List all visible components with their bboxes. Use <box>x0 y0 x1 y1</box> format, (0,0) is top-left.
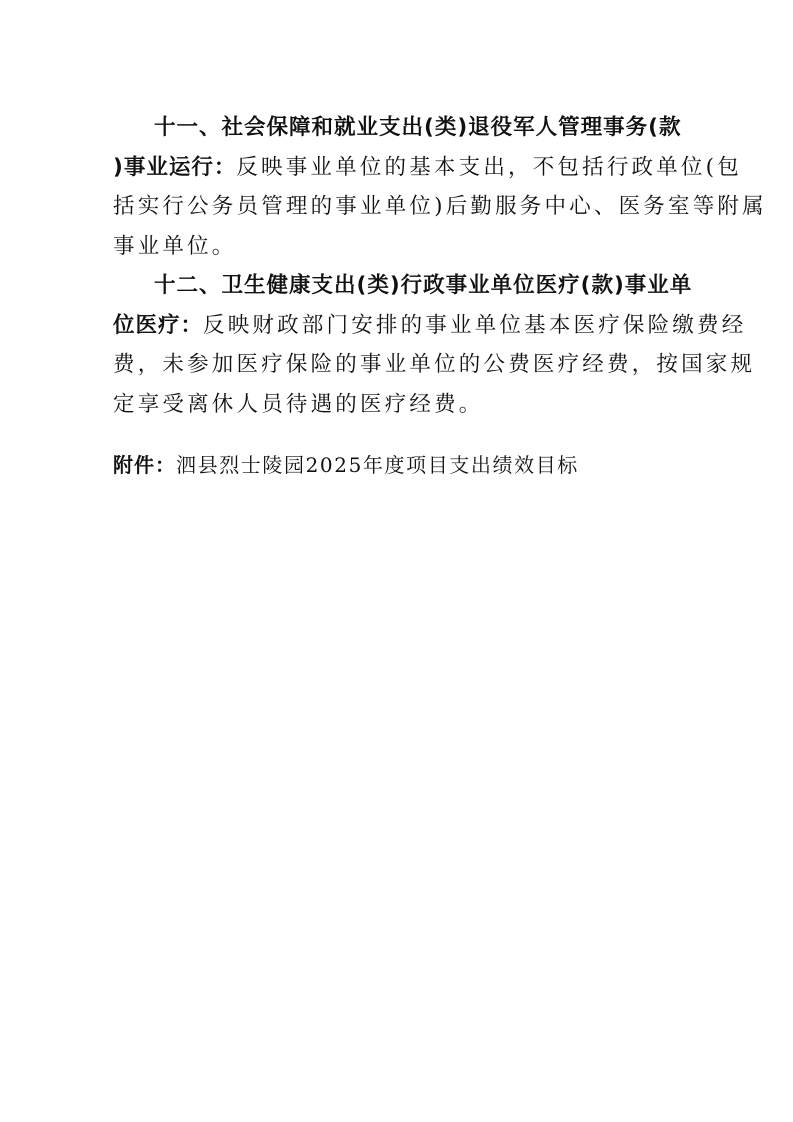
section-12-line-2: 位医疗：反映财政部门安排的事业单位基本医疗保险缴费经 <box>113 306 668 346</box>
section-11-heading: 十一、社会保障和就业支出(类)退役军人管理事务(款 <box>113 108 668 148</box>
attachment-label: 附件： <box>113 453 176 477</box>
section-12-line-3: 费，未参加医疗保险的事业单位的公费医疗经费，按国家规 <box>113 345 668 385</box>
section-12-heading: 十二、卫生健康支出(类)行政事业单位医疗(款)事业单 <box>113 266 668 306</box>
section-12-text: 反映财政部门安排的事业单位基本医疗保险缴费经 <box>203 313 746 338</box>
section-12: 十二、卫生健康支出(类)行政事业单位医疗(款)事业单 位医疗：反映财政部门安排的… <box>113 266 668 424</box>
section-11: 十一、社会保障和就业支出(类)退役军人管理事务(款 )事业运行：反映事业单位的基… <box>113 108 668 266</box>
section-12-title-end: 位医疗： <box>113 313 203 338</box>
section-12-line-4: 定享受离休人员待遇的医疗经费。 <box>113 385 668 425</box>
section-11-text: 事业单位。 <box>113 234 237 259</box>
section-12-text: 费，未参加医疗保险的事业单位的公费医疗经费，按国家规 <box>113 352 755 377</box>
attachment-text: 泗县烈士陵园2025年度项目支出绩效目标 <box>176 453 579 477</box>
section-11-line-2: )事业运行：反映事业单位的基本支出，不包括行政单位(包 <box>113 148 668 188</box>
document-body: 十一、社会保障和就业支出(类)退役军人管理事务(款 )事业运行：反映事业单位的基… <box>113 108 668 424</box>
section-11-title-end: )事业运行： <box>113 155 236 180</box>
section-11-title: 十一、社会保障和就业支出(类)退役军人管理事务(款 <box>154 115 681 140</box>
section-11-line-3: 括实行公务员管理的事业单位)后勤服务中心、医务室等附属 <box>113 187 668 227</box>
section-11-line-4: 事业单位。 <box>113 227 668 267</box>
attachment-line: 附件：泗县烈士陵园2025年度项目支出绩效目标 <box>113 447 579 483</box>
section-11-text: 反映事业单位的基本支出，不包括行政单位(包 <box>236 155 742 180</box>
section-12-text: 定享受离休人员待遇的医疗经费。 <box>113 392 484 417</box>
section-12-title: 十二、卫生健康支出(类)行政事业单位医疗(款)事业单 <box>154 273 692 298</box>
section-11-text: 括实行公务员管理的事业单位)后勤服务中心、医务室等附属 <box>113 194 767 219</box>
